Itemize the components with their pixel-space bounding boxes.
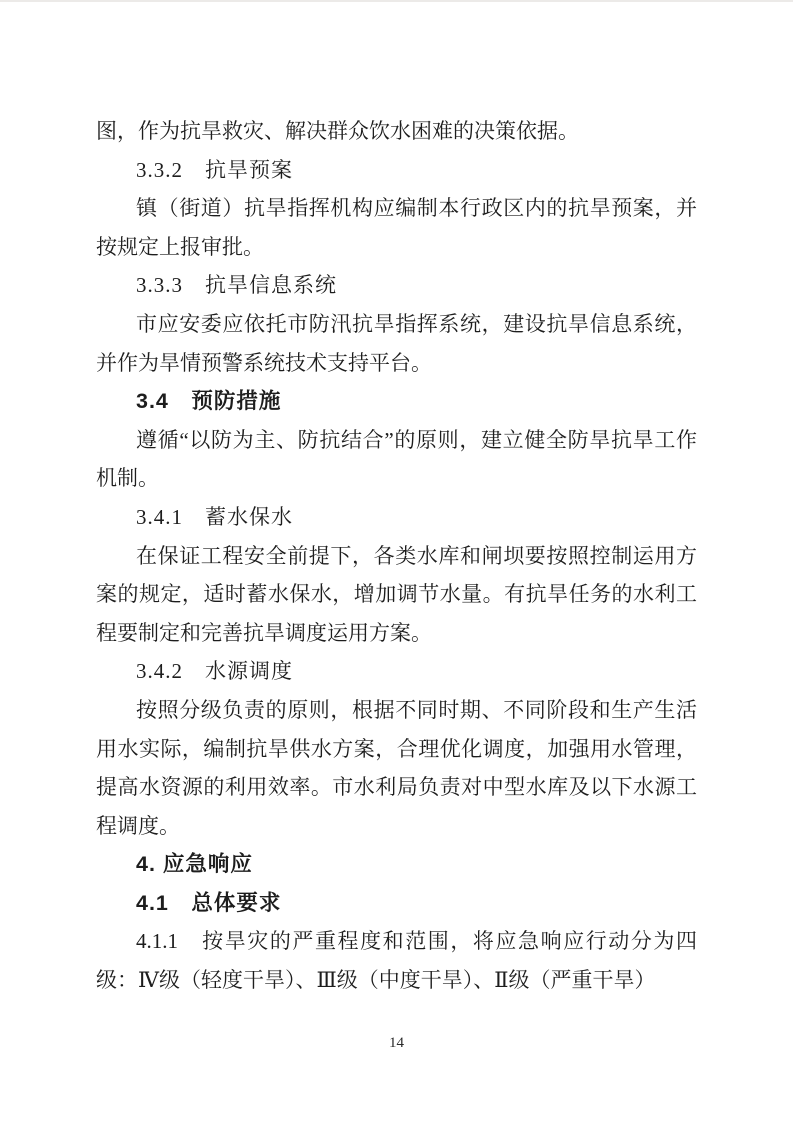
paragraph: 4.1.1 按旱灾的严重程度和范围，将应急响应行动分为四级：Ⅳ级（轻度干旱）、Ⅲ…: [96, 922, 697, 999]
page-number: 14: [389, 1035, 404, 1051]
section-heading: 4.1 总体要求: [96, 884, 697, 923]
section-heading: 3.4 预防措施: [96, 382, 697, 421]
page-content: 图，作为抗旱救灾、解决群众饮水困难的决策依据。3.3.2 抗旱预案镇（街道）抗旱…: [96, 112, 697, 1000]
page-footer: 14: [0, 1035, 793, 1052]
paragraph: 在保证工程安全前提下，各类水库和闸坝要按照控制运用方案的规定，适时蓄水保水，增加…: [96, 537, 697, 653]
paragraph: 市应安委应依托市防汛抗旱指挥系统，建设抗旱信息系统，并作为旱情预警系统技术支持平…: [96, 305, 697, 382]
sub-section-heading: 3.4.1 蓄水保水: [96, 498, 697, 537]
sub-section-heading: 3.4.2 水源调度: [96, 652, 697, 691]
document-page: 图，作为抗旱救灾、解决群众饮水困难的决策依据。3.3.2 抗旱预案镇（街道）抗旱…: [0, 0, 793, 1122]
paragraph: 按照分级负责的原则，根据不同时期、不同阶段和生产生活用水实际，编制抗旱供水方案，…: [96, 691, 697, 845]
paragraph: 遵循“以防为主、防抗结合”的原则，建立健全防旱抗旱工作机制。: [96, 421, 697, 498]
paragraph: 镇（街道）抗旱指挥机构应编制本行政区内的抗旱预案，并按规定上报审批。: [96, 189, 697, 266]
section-heading: 4. 应急响应: [96, 845, 697, 884]
sub-section-heading: 3.3.3 抗旱信息系统: [96, 266, 697, 305]
sub-section-heading: 3.3.2 抗旱预案: [96, 151, 697, 190]
paragraph: 图，作为抗旱救灾、解决群众饮水困难的决策依据。: [96, 112, 697, 151]
